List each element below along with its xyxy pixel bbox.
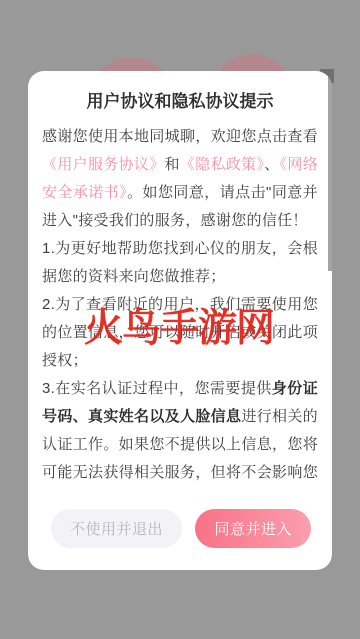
agreement-paragraph: 感谢您使用本地同城聊，欢迎您点击查看《用户服务协议》和《隐私政策》、《网络安全承… — [42, 123, 318, 235]
decline-button[interactable]: 不使用并退出 — [51, 509, 182, 548]
agree-button[interactable]: 同意并进入 — [195, 509, 311, 548]
agreement-text-run: 1.为更好地帮助您找到心仪的朋友，会根据您的资料来向您做推荐； — [42, 240, 318, 285]
agreement-paragraph: 1.为更好地帮助您找到心仪的朋友，会根据您的资料来向您做推荐； — [42, 235, 318, 291]
agreement-text-run: 和 — [165, 156, 180, 173]
agreement-text-run: 感谢您使用本地同城聊，欢迎您点击查看 — [42, 128, 318, 145]
agreement-paragraph: 2.为了查看附近的用户，我们需要使用您的位置信息，您可以随时开启或关闭此项授权； — [42, 291, 318, 375]
scrollbar-thumb[interactable] — [328, 71, 332, 271]
dialog-title: 用户协议和隐私协议提示 — [42, 92, 318, 112]
agreement-link[interactable]: 《隐私政策》 — [180, 156, 264, 173]
privacy-agreement-dialog: 用户协议和隐私协议提示 感谢您使用本地同城聊，欢迎您点击查看《用户服务协议》和《… — [28, 71, 332, 570]
agreement-paragraph: 3.在实名认证过程中，您需要提供身份证号码、真实姓名以及人脸信息进行相关的认证工… — [42, 375, 318, 487]
agreement-text-run: 2.为了查看附近的用户，我们需要使用您的位置信息，您可以随时开启或关闭此项授权； — [42, 296, 318, 369]
dialog-body[interactable]: 感谢您使用本地同城聊，欢迎您点击查看《用户服务协议》和《隐私政策》、《网络安全承… — [42, 123, 318, 487]
agreement-text-run: 、 — [264, 156, 279, 173]
dialog-button-row: 不使用并退出 同意并进入 — [42, 509, 318, 548]
agreement-link[interactable]: 《用户服务协议》 — [42, 156, 165, 173]
agreement-text-run: 3.在实名认证过程中，您需要提供 — [42, 380, 272, 397]
